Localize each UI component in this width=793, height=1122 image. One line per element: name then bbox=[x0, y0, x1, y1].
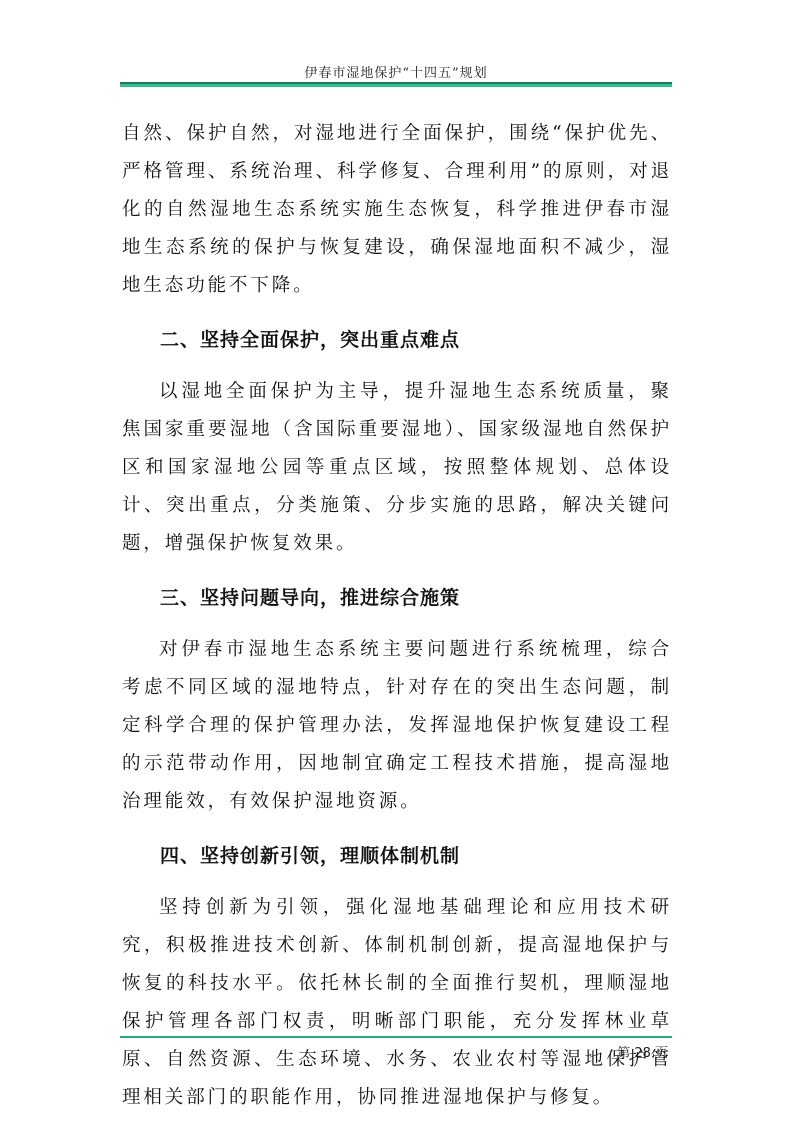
section-heading-4: 四、坚持创新引领，理顺体制机制 bbox=[122, 837, 672, 875]
running-header-title: 伊春市湿地保护“十四五”规划 bbox=[120, 62, 672, 81]
intro-paragraph: 自然、保护自然，对湿地进行全面保护，围绕“保护优先、严格管理、系统治理、科学修复… bbox=[122, 115, 672, 305]
spacer bbox=[122, 875, 672, 889]
spacer bbox=[122, 563, 672, 579]
page-content: 自然、保护自然，对湿地进行全面保护，围绕“保护优先、严格管理、系统治理、科学修复… bbox=[122, 115, 672, 1117]
section-heading-2: 二、坚持全面保护，突出重点难点 bbox=[122, 321, 672, 359]
page-number: 第 28 页 bbox=[600, 1042, 668, 1061]
spacer bbox=[122, 359, 672, 373]
section-paragraph-2: 以湿地全面保护为主导，提升湿地生态系统质量，聚焦国家重要湿地（含国际重要湿地）、… bbox=[122, 373, 672, 563]
header-divider bbox=[120, 82, 672, 87]
spacer bbox=[122, 305, 672, 321]
section-paragraph-3: 对伊春市湿地生态系统主要问题进行系统梳理，综合考虑不同区域的湿地特点，针对存在的… bbox=[122, 631, 672, 821]
footer-divider bbox=[120, 1036, 672, 1038]
spacer bbox=[122, 821, 672, 837]
spacer bbox=[122, 617, 672, 631]
section-paragraph-4: 坚持创新为引领，强化湿地基础理论和应用技术研究，积极推进技术创新、体制机制创新，… bbox=[122, 889, 672, 1117]
section-heading-3: 三、坚持问题导向，推进综合施策 bbox=[122, 579, 672, 617]
